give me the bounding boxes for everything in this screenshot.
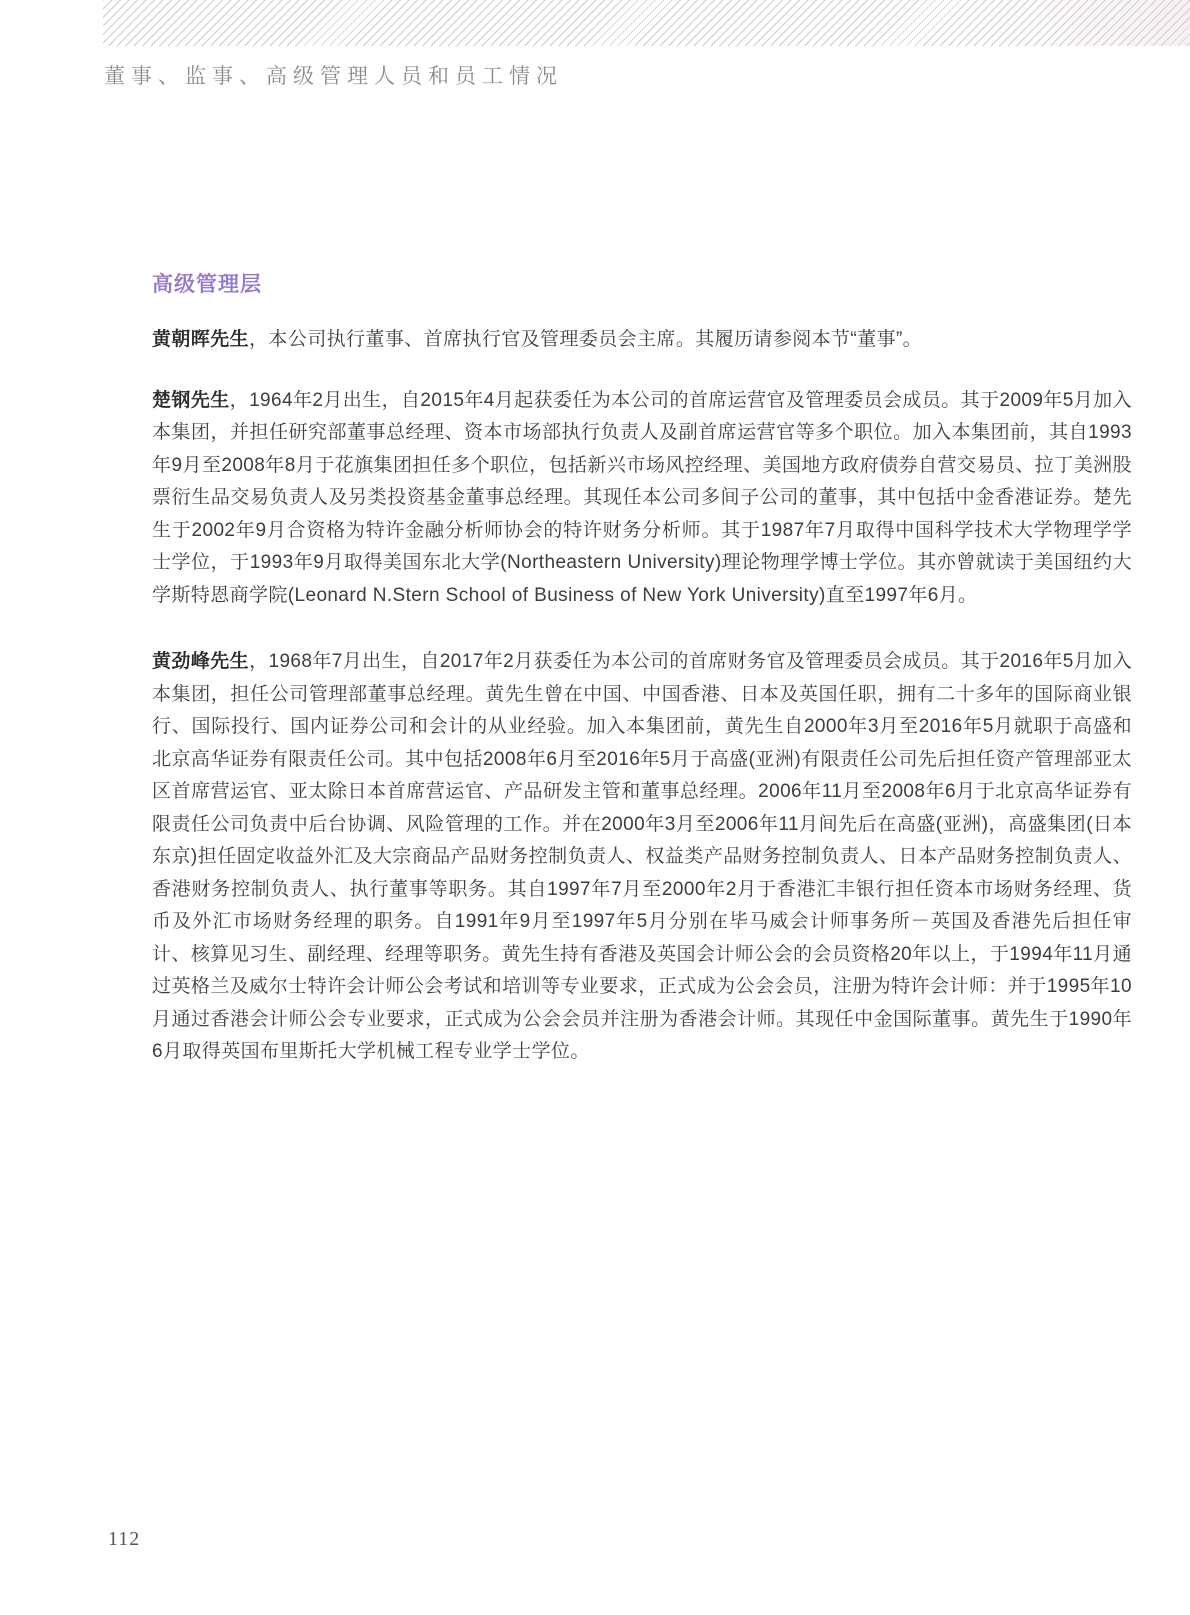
- bio-paragraph-huang-jinfeng: 黄劲峰先生，1968年7月出生，自2017年2月获委任为本公司的首席财务官及管理…: [152, 646, 1132, 1069]
- page-number: 112: [108, 1528, 140, 1551]
- bio-text: ，1964年2月出生，自2015年4月起获委任为本公司的首席运营官及管理委员会成…: [152, 390, 1132, 606]
- bio-paragraph-chu-gang: 楚钢先生，1964年2月出生，自2015年4月起获委任为本公司的首席运营官及管理…: [152, 385, 1132, 613]
- bio-text: ，本公司执行董事、首席执行官及管理委员会主席。其履历请参阅本节“董事”。: [249, 329, 922, 350]
- bio-text: ，1968年7月出生，自2017年2月获委任为本公司的首席财务官及管理委员会成员…: [152, 651, 1132, 1062]
- main-content: 高级管理层 黄朝晖先生，本公司执行董事、首席执行官及管理委员会主席。其履历请参阅…: [152, 268, 1132, 1097]
- executive-name: 黄劲峰先生: [152, 651, 249, 672]
- diagonal-hatch-banner: [103, 0, 1190, 46]
- bio-paragraph-huang-zhaohui: 黄朝晖先生，本公司执行董事、首席执行官及管理委员会主席。其履历请参阅本节“董事”…: [152, 324, 1132, 357]
- executive-name: 楚钢先生: [152, 390, 230, 411]
- chapter-header: 董事、监事、高级管理人员和员工情况: [104, 60, 563, 90]
- executive-name: 黄朝晖先生: [152, 329, 249, 350]
- section-title-senior-management: 高级管理层: [152, 268, 1132, 298]
